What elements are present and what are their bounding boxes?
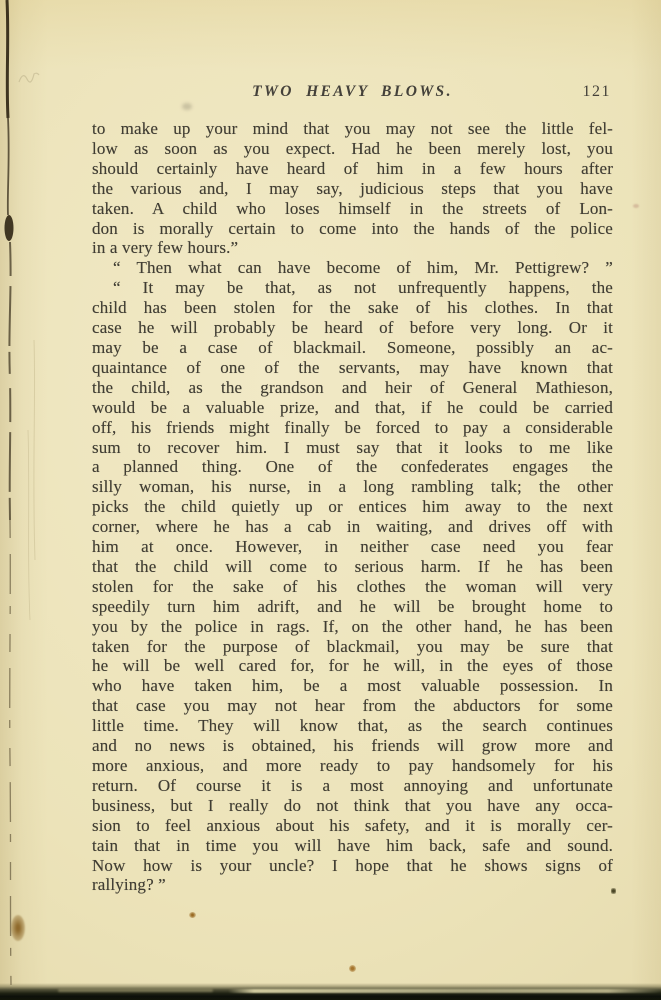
text-line: “ Then what can have become of him, Mr. … [92, 258, 613, 278]
text-line: don is morally certain to come into the … [92, 219, 613, 239]
smudge [633, 204, 639, 208]
text-line: in a very few hours.” [92, 238, 613, 258]
text-line: to make up your mind that you may not se… [92, 119, 613, 139]
text-line: should certainly have heard of him in a … [92, 159, 613, 179]
text-line: stolen for the sake of his clothes the w… [92, 577, 613, 597]
text-line: may be a case of blackmail. Someone, pos… [92, 338, 613, 358]
text-line: who have taken him, be a most valuable p… [92, 676, 613, 696]
text-line: a planned thing. One of the confederates… [92, 457, 613, 477]
text-line: would be a valuable prize, and that, if … [92, 398, 613, 418]
text-line: low as soon as you expect. Had he been m… [92, 139, 613, 159]
board-highlight [228, 989, 660, 993]
text-line: sion to feel anxious about his safety, a… [92, 816, 613, 836]
text-line: taken for the purpose of blackmail, you … [92, 637, 613, 657]
foxing-spot [189, 912, 196, 918]
text-block: to make up your mind that you may not se… [92, 119, 613, 895]
scanned-book-page: TWO HEAVY BLOWS. 121 to make up your min… [0, 0, 661, 1000]
binding-crack [0, 0, 48, 1000]
text-line: rallying? ” [92, 875, 613, 895]
text-line: he will be well cared for, for he will, … [92, 656, 613, 676]
text-line: return. Of course it is a most annoying … [92, 776, 613, 796]
text-line: quaintance of one of the servants, may h… [92, 358, 613, 378]
text-line: you by the police in rags. If, on the ot… [92, 617, 613, 637]
text-line: the child, as the grandson and heir of G… [92, 378, 613, 398]
text-line: Now how is your uncle? I hope that he sh… [92, 856, 613, 876]
text-line: little time. They will know that, as the… [92, 716, 613, 736]
foxing-spot [349, 965, 356, 972]
text-line: speedily turn him adrift, and he will be… [92, 597, 613, 617]
text-line: more anxious, and more ready to pay hand… [92, 756, 613, 776]
text-line: case he will probably be heard of before… [92, 318, 613, 338]
book-board-edge [0, 983, 661, 1000]
foxing-spot [11, 915, 25, 941]
text-line: “ It may be that, as not unfrequently ha… [92, 278, 613, 298]
text-line: business, but I really do not think that… [92, 796, 613, 816]
text-line: taken. A child who loses himself in the … [92, 199, 613, 219]
text-line: tain that in time you will have him back… [92, 836, 613, 856]
text-line: that case you may not hear from the abdu… [92, 696, 613, 716]
pencil-smudge [16, 66, 42, 90]
text-line: him at once. However, in neither case ne… [92, 537, 613, 557]
running-title: TWO HEAVY BLOWS. [92, 83, 613, 101]
text-line: the various and, I may say, judicious st… [92, 179, 613, 199]
text-line: silly woman, his nurse, in a long rambli… [92, 477, 613, 497]
text-line: and no news is obtained, his friends wil… [92, 736, 613, 756]
text-line: corner, where he has a cab in waiting, a… [92, 517, 613, 537]
board-highlight [58, 989, 213, 992]
text-line: child has been stolen for the sake of hi… [92, 298, 613, 318]
page-header: TWO HEAVY BLOWS. 121 [92, 83, 613, 103]
text-line: off, his friends might finally be forced… [92, 418, 613, 438]
smudge [182, 103, 192, 110]
text-line: picks the child quietly up or entices hi… [92, 497, 613, 517]
text-line: that the child will come to serious harm… [92, 557, 613, 577]
text-line: sum to recover him. I must say that it l… [92, 438, 613, 458]
page-number: 121 [583, 83, 612, 101]
